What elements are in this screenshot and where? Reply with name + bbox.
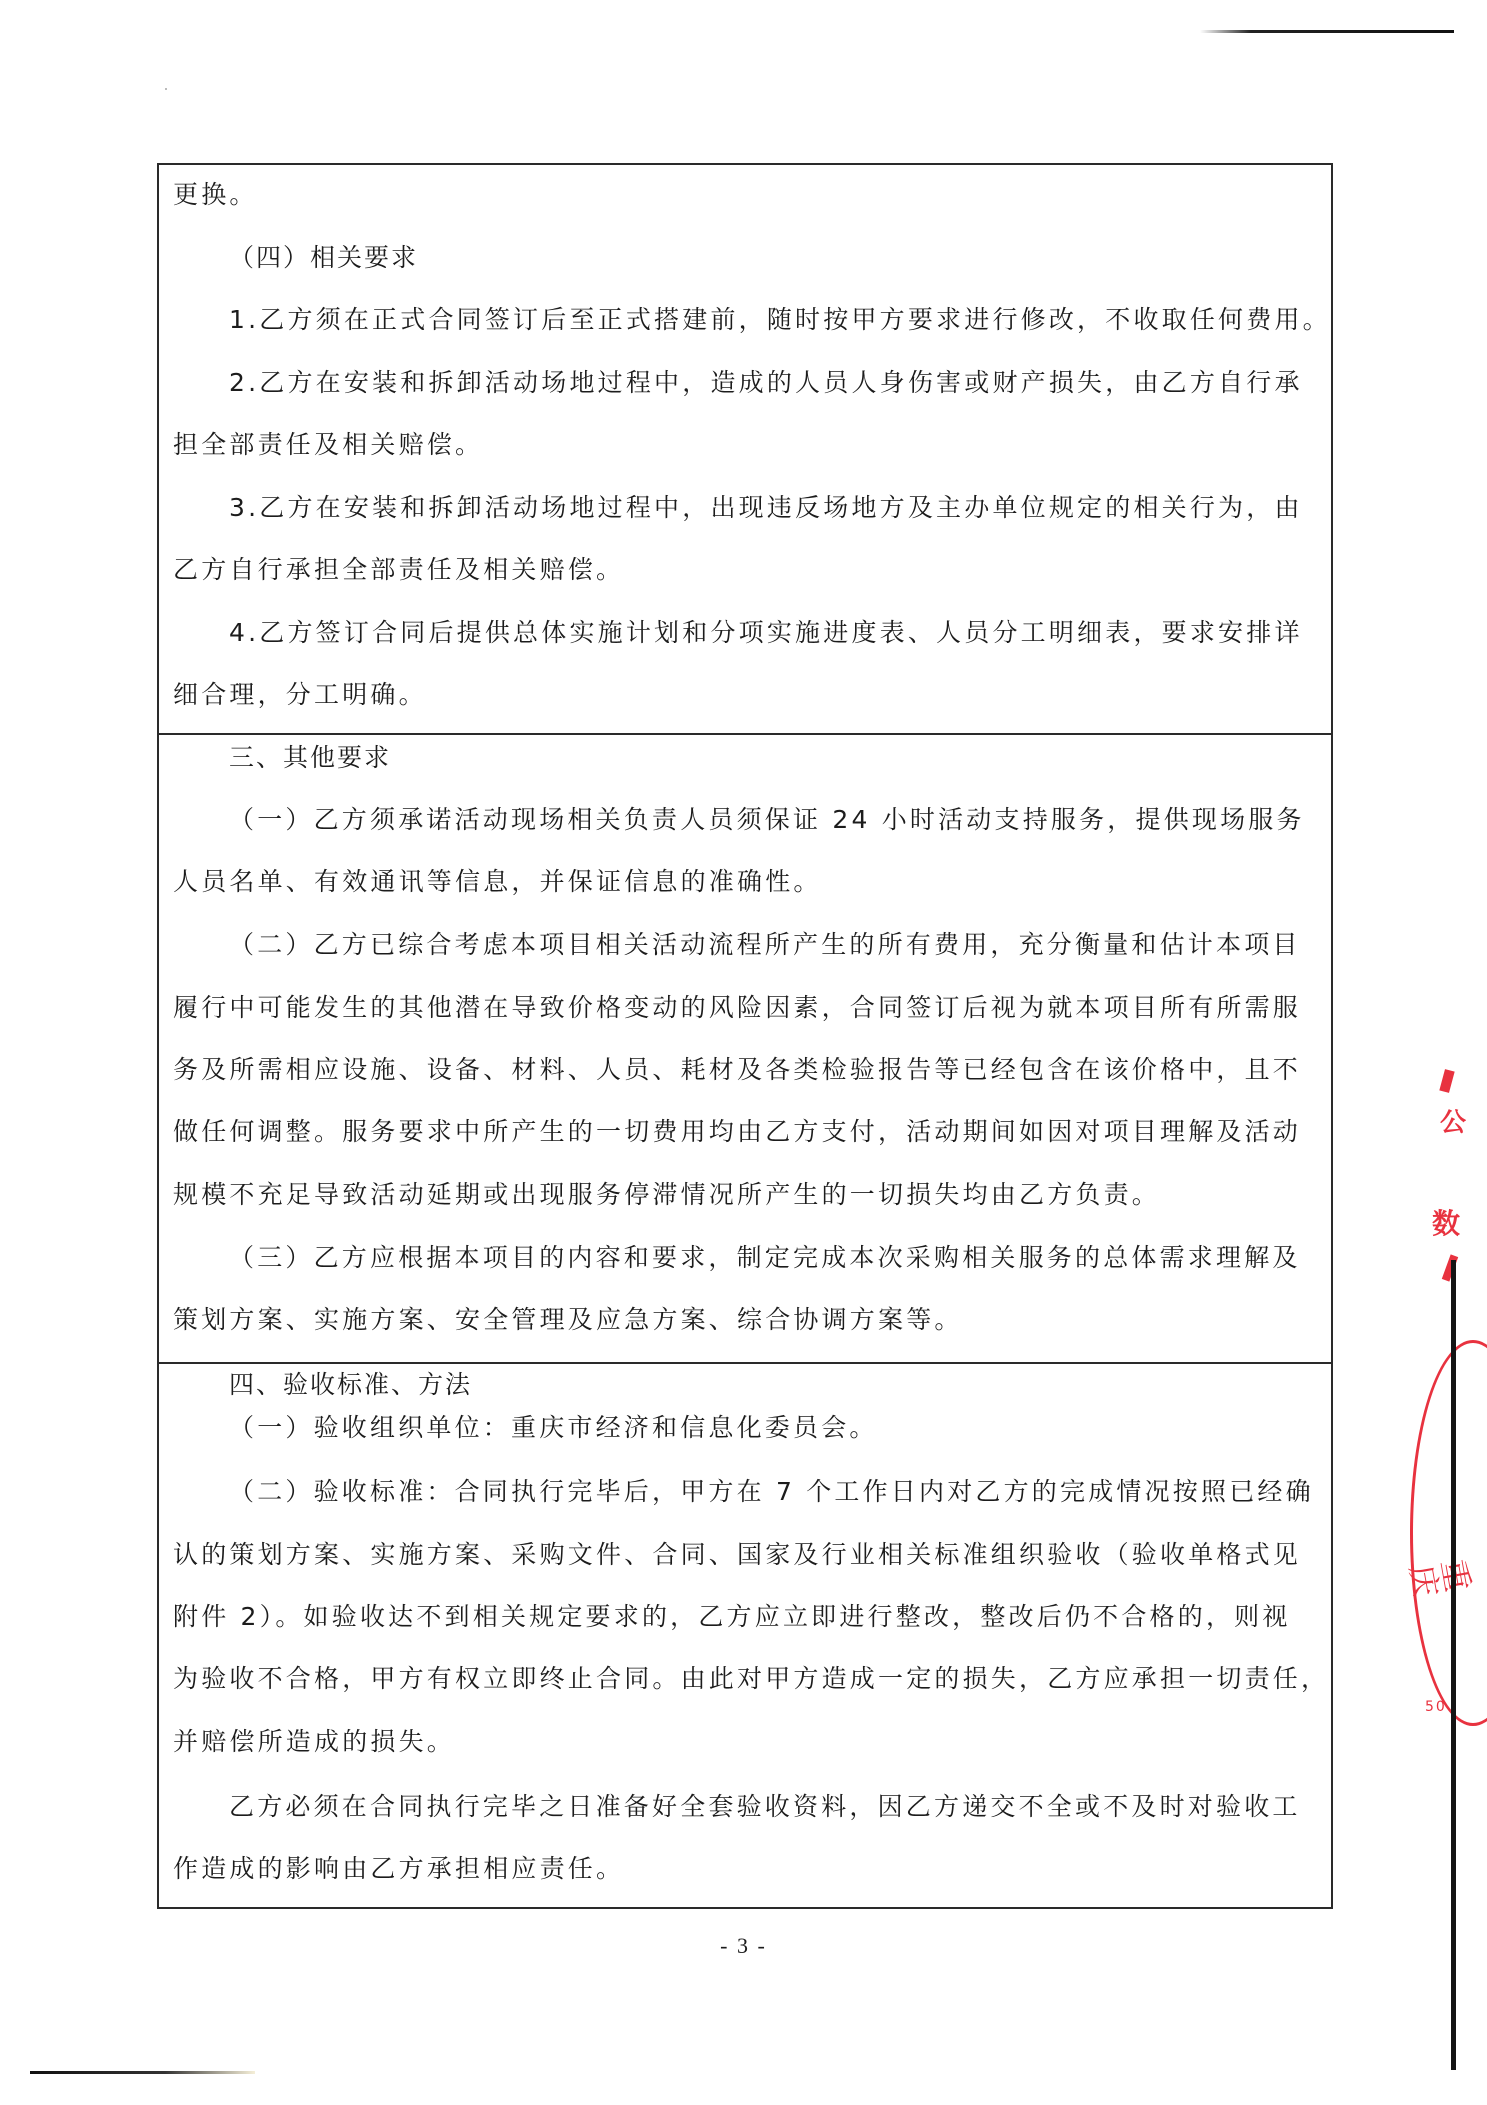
paragraph-line: 细合理，分工明确。 xyxy=(173,680,1317,710)
paragraph-line: 认的策划方案、实施方案、采购文件、合同、国家及行业相关标准组织验收（验收单格式见 xyxy=(173,1540,1317,1570)
stamp-char: 重庆 xyxy=(1405,1557,1478,1627)
paragraph-line: （三）乙方应根据本项目的内容和要求，制定完成本次采购相关服务的总体需求理解及 xyxy=(229,1243,1317,1273)
scan-speck xyxy=(165,88,167,90)
section-heading: 三、其他要求 xyxy=(229,743,1317,773)
paragraph-line: 1.乙方须在正式合同签订后至正式搭建前，随时按甲方要求进行修改，不收取任何费用。 xyxy=(229,305,1317,335)
section-acceptance-standards: 四、验收标准、方法 （一）验收组织单位：重庆市经济和信息化委员会。 （二）验收标… xyxy=(159,1364,1331,1907)
paragraph-line: 2.乙方在安装和拆卸活动场地过程中，造成的人员人身伤害或财产损失，由乙方自行承 xyxy=(229,368,1317,398)
section-other-requirements: 三、其他要求 （一）乙方须承诺活动现场相关负责人员须保证 24 小时活动支持服务… xyxy=(159,735,1331,1364)
paragraph-line: 担全部责任及相关赔偿。 xyxy=(173,430,1317,460)
paragraph-line: 人员名单、有效通讯等信息，并保证信息的准确性。 xyxy=(173,867,1317,897)
paragraph-line: 乙方必须在合同执行完毕之日准备好全套验收资料，因乙方递交不全或不及时对验收工 xyxy=(229,1792,1317,1822)
paragraph-line: 更换。 xyxy=(173,180,1317,210)
scan-edge-bottom xyxy=(30,2071,255,2074)
page-number: - 3 - xyxy=(0,1933,1487,1959)
stamp-mark xyxy=(1439,1069,1454,1093)
scan-edge-top xyxy=(1200,30,1454,33)
scan-edge-right xyxy=(1451,1260,1456,2070)
stamp-arc xyxy=(1410,1340,1487,1726)
paragraph-line: 4.乙方签订合同后提供总体实施计划和分项实施进度表、人员分工明细表，要求安排详 xyxy=(229,618,1317,648)
paragraph-line: （一）验收组织单位：重庆市经济和信息化委员会。 xyxy=(229,1413,1317,1443)
paragraph-line: 为验收不合格，甲方有权立即终止合同。由此对甲方造成一定的损失，乙方应承担一切责任… xyxy=(173,1664,1317,1694)
paragraph-line: 作造成的影响由乙方承担相应责任。 xyxy=(173,1854,1317,1884)
stamp-char: 数 xyxy=(1432,1210,1487,1238)
stamp-char: 公 xyxy=(1440,1110,1487,1136)
paragraph-line: （二）乙方已综合考虑本项目相关活动流程所产生的所有费用，充分衡量和估计本项目 xyxy=(229,930,1317,960)
paragraph-line: （一）乙方须承诺活动现场相关负责人员须保证 24 小时活动支持服务，提供现场服务 xyxy=(229,805,1317,835)
section-related-requirements: 更换。 （四）相关要求 1.乙方须在正式合同签订后至正式搭建前，随时按甲方要求进… xyxy=(159,165,1331,735)
paragraph-line: 策划方案、实施方案、安全管理及应急方案、综合协调方案等。 xyxy=(173,1305,1317,1335)
section-heading: 四、验收标准、方法 xyxy=(229,1370,1317,1400)
paragraph-line: 乙方自行承担全部责任及相关赔偿。 xyxy=(173,555,1317,585)
paragraph-line: 务及所需相应设施、设备、材料、人员、耗材及各类检验报告等已经包含在该价格中，且不 xyxy=(173,1055,1317,1085)
paragraph-line: 并赔偿所造成的损失。 xyxy=(173,1727,1317,1757)
paragraph-line: （二）验收标准：合同执行完毕后，甲方在 7 个工作日内对乙方的完成情况按照已经确 xyxy=(229,1477,1317,1507)
paragraph-line: 做任何调整。服务要求中所产生的一切费用均由乙方支付，活动期间如因对项目理解及活动 xyxy=(173,1117,1317,1147)
subsection-heading: （四）相关要求 xyxy=(229,243,1317,273)
paragraph-line: 履行中可能发生的其他潜在导致价格变动的风险因素，合同签订后视为就本项目所有所需服 xyxy=(173,993,1317,1023)
paragraph-line: 附件 2）。如验收达不到相关规定要求的，乙方应立即进行整改，整改后仍不合格的，则… xyxy=(173,1602,1317,1632)
paragraph-line: 3.乙方在安装和拆卸活动场地过程中，出现违反场地方及主办单位规定的相关行为，由 xyxy=(229,493,1317,523)
paragraph-line: 规模不充足导致活动延期或出现服务停滞情况所产生的一切损失均由乙方负责。 xyxy=(173,1180,1317,1210)
contract-table: 更换。 （四）相关要求 1.乙方须在正式合同签订后至正式搭建前，随时按甲方要求进… xyxy=(157,163,1333,1909)
